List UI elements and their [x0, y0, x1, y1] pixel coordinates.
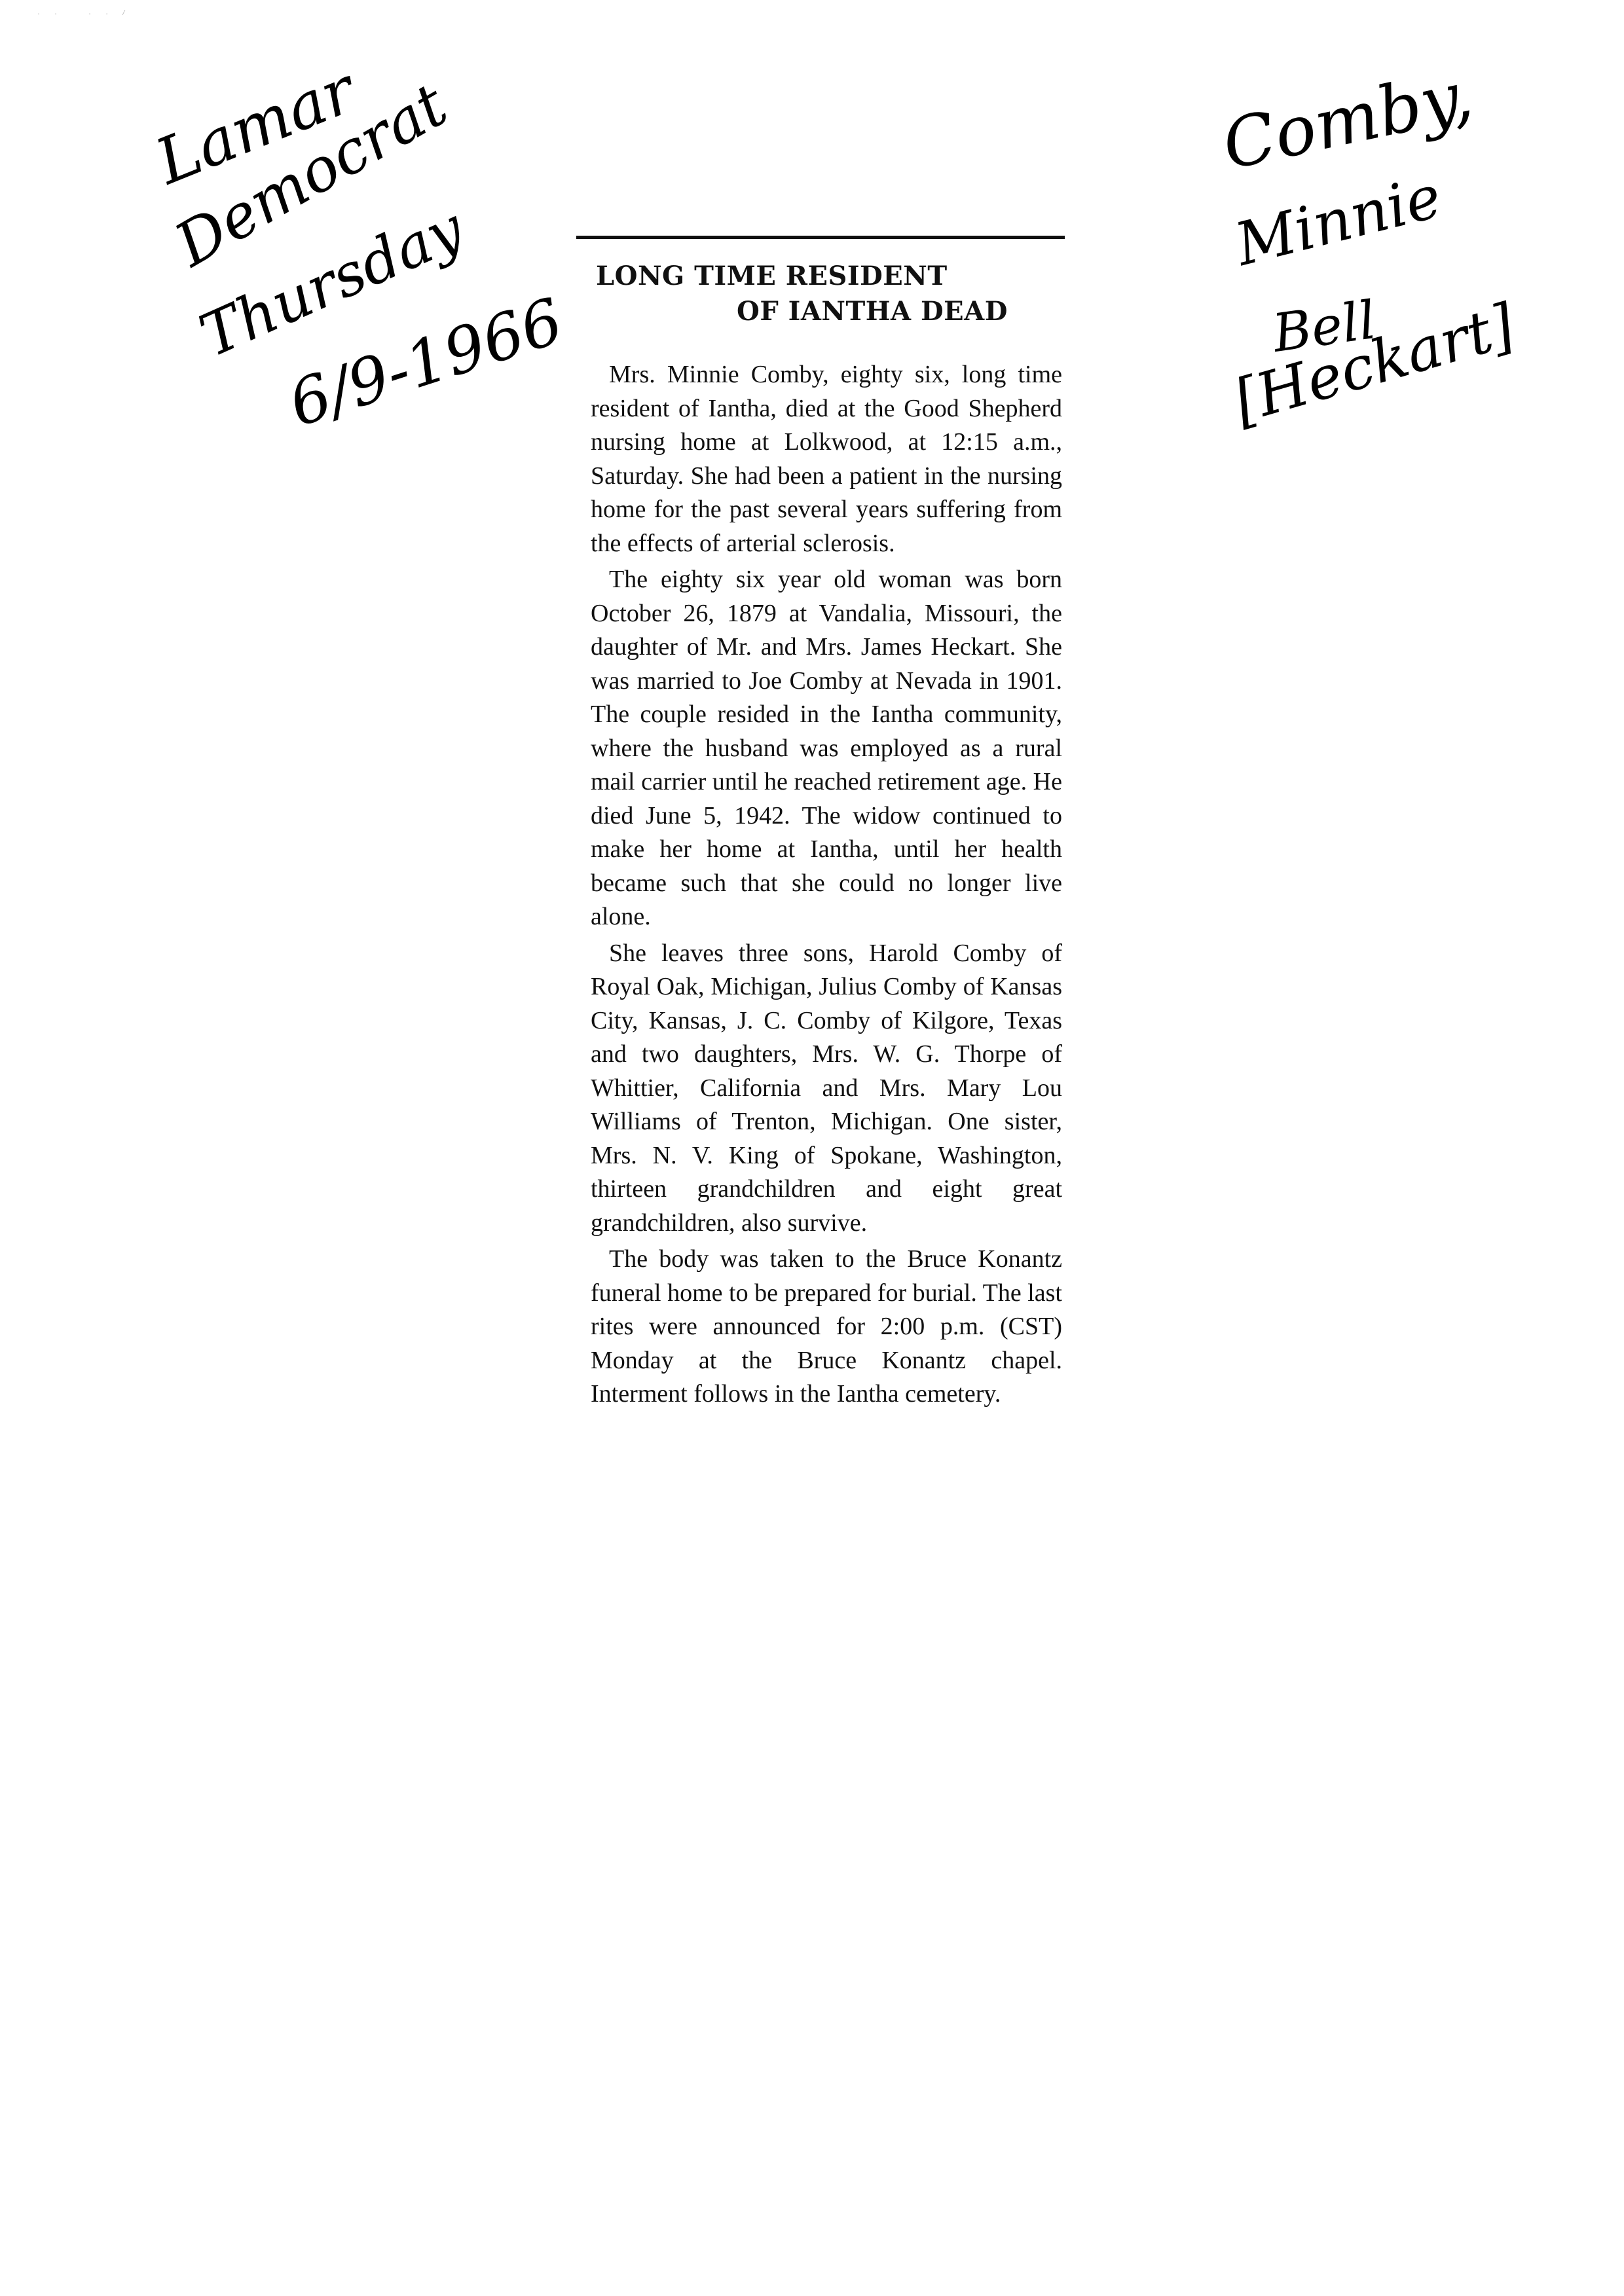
headline-line-1: LONG TIME RESIDENT — [576, 259, 1074, 294]
handwritten-surname: Comby, — [1217, 60, 1478, 179]
paragraph-death-notice: Mrs. Minnie Comby, eighty six, long time… — [591, 358, 1062, 560]
paragraph-biography: The eighty six year old woman was born O… — [591, 563, 1062, 934]
newspaper-clipping: LONG TIME RESIDENT OF IANTHA DEAD Mrs. M… — [576, 236, 1074, 1414]
handwritten-first-name: Minnie — [1230, 168, 1447, 275]
headline-line-2: OF IANTHA DEAD — [576, 294, 1074, 329]
paragraph-survivors: She leaves three sons, Harold Comby of R… — [591, 937, 1062, 1241]
scan-corner-marks: .. ../ — [37, 9, 139, 16]
headline: LONG TIME RESIDENT OF IANTHA DEAD — [576, 259, 1074, 329]
paragraph-funeral: The body was taken to the Bruce Konantz … — [591, 1243, 1062, 1412]
column-rule — [576, 236, 1065, 239]
article-body: Mrs. Minnie Comby, eighty six, long time… — [576, 358, 1062, 1412]
